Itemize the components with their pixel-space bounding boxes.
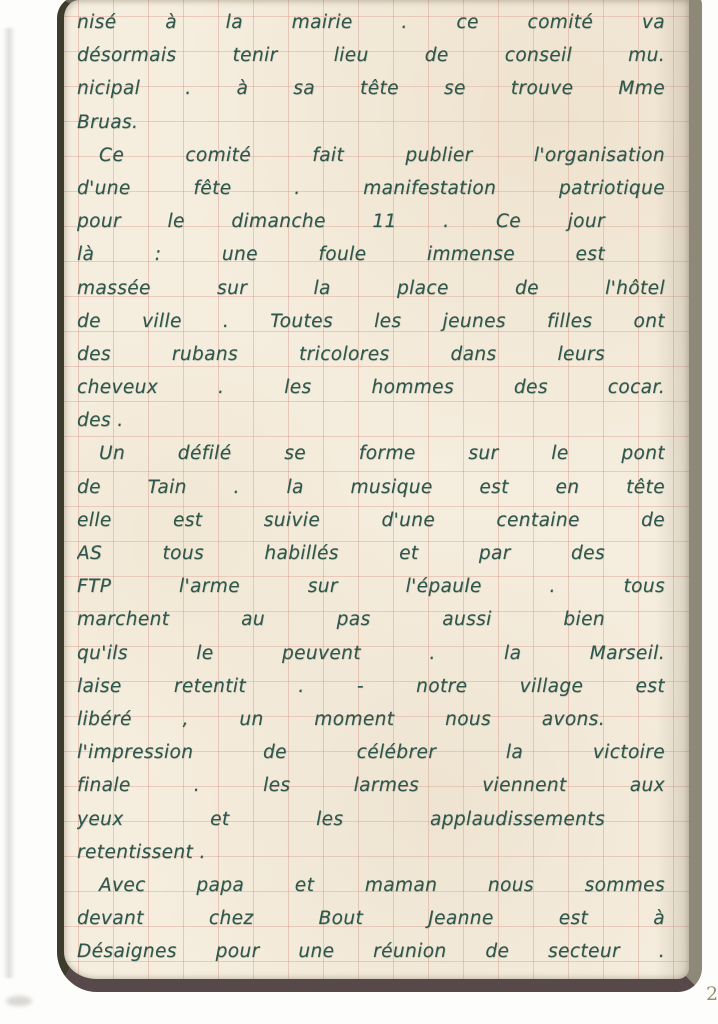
handwritten-line: libéré , un moment nous avons. — [77, 703, 665, 736]
handwritten-line: finale . les larmes viennent aux — [77, 769, 665, 802]
handwritten-line: elle est suivie d'une centaine de — [77, 504, 665, 537]
handwritten-line: de ville . Toutes les jeunes filles ont — [77, 305, 665, 338]
handwritten-line: laise retentit . - notre village est — [77, 670, 665, 703]
handwritten-line: cheveux . les hommes des cocar. — [77, 371, 665, 404]
handwritten-line: Ce comité fait publier l'organisation — [77, 139, 665, 172]
handwritten-line: massée sur la place de l'hôtel — [77, 272, 665, 305]
handwritten-line: Un défilé se forme sur le pont — [77, 437, 665, 470]
handwritten-line: qu'ils le peuvent . la Marseil. — [77, 637, 665, 670]
handwritten-line: désormais tenir lieu de conseil mu. — [77, 39, 665, 72]
handwritten-line: là : une foule immense est — [77, 238, 665, 271]
handwritten-line: devant chez Bout Jeanne est à — [77, 902, 665, 935]
handwritten-line: des rubans tricolores dans leurs — [77, 338, 665, 371]
handwritten-line: marchent au pas aussi bien — [77, 603, 665, 636]
handwritten-line: Avec papa et maman nous sommes — [77, 869, 665, 902]
handwritten-line: pour le dimanche 11 . Ce jour — [77, 205, 665, 238]
handwritten-line: de Tain . la musique est en tête — [77, 471, 665, 504]
handwritten-line: AS tous habillés et par des — [77, 537, 665, 570]
scanner-streak-artifact — [3, 28, 15, 978]
page-number: 2 — [706, 983, 718, 1005]
scanned-document: nisé à la mairie . ce comité va désormai… — [0, 0, 718, 1024]
handwritten-line: FTP l'arme sur l'épaule . tous — [77, 570, 665, 603]
handwritten-line: retentissent . — [77, 836, 665, 869]
handwritten-line: l'impression de célébrer la victoire — [77, 736, 665, 769]
handwritten-line: d'une fête . manifestation patriotique — [77, 172, 665, 205]
handwritten-line: Désaignes pour une réunion de secteur . — [77, 935, 665, 968]
handwritten-line: nicipal . à sa tête se trouve Mme — [77, 72, 665, 105]
handwritten-text-block: nisé à la mairie . ce comité va désormai… — [77, 6, 665, 968]
handwritten-line: des . — [77, 404, 665, 437]
handwritten-line: yeux et les applaudissements — [77, 803, 665, 836]
handwritten-line: Bruas. — [77, 106, 665, 139]
notebook-page: nisé à la mairie . ce comité va désormai… — [57, 0, 702, 992]
scanner-blob-artifact — [6, 996, 32, 1006]
handwritten-line: nisé à la mairie . ce comité va — [77, 6, 665, 39]
